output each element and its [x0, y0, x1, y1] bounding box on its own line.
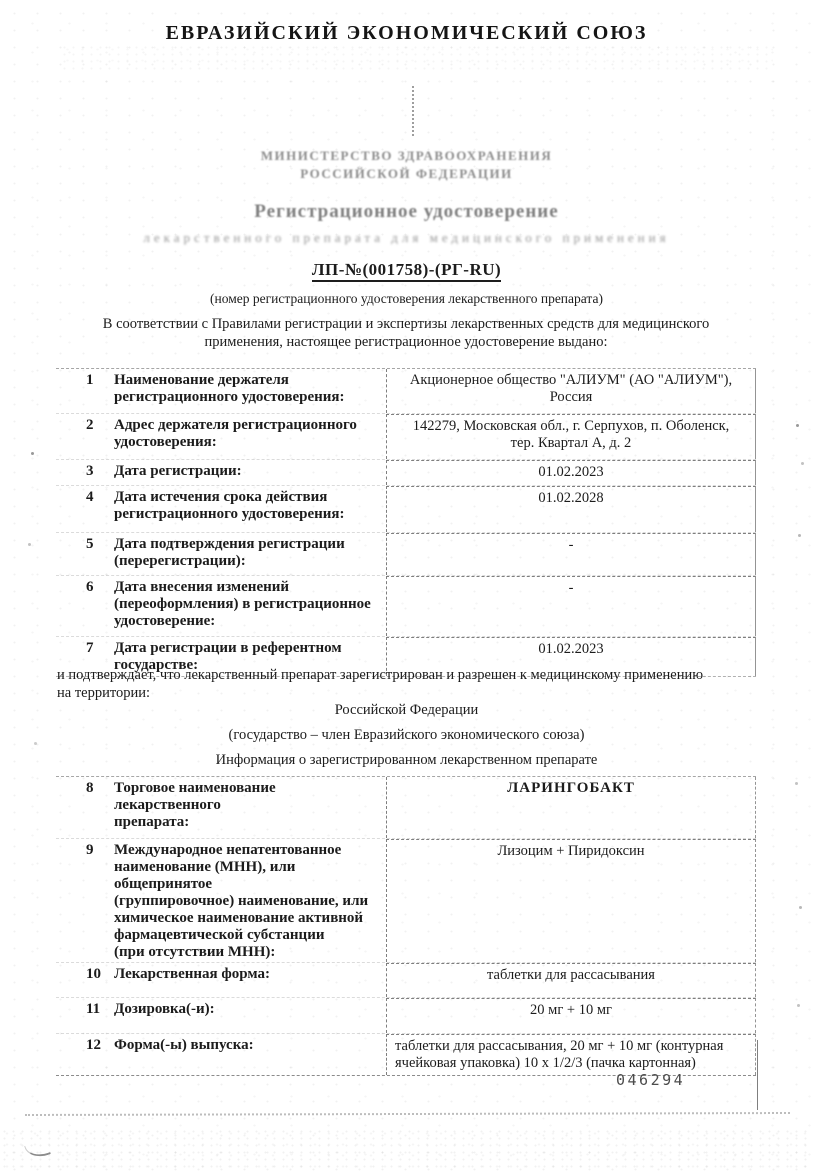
row-value: Акционерное общество "АЛИУМ" (АО "АЛИУМ"… — [386, 369, 756, 413]
row-value: 20 мг + 10 мг — [386, 998, 756, 1033]
scan-artifact-speckle — [798, 534, 801, 537]
row-value: 01.02.2028 — [386, 486, 756, 532]
scan-artifact-speckle — [34, 742, 37, 745]
row-value: таблетки для рассасывания — [386, 963, 756, 997]
document-title: Регистрационное удостоверение — [0, 201, 813, 223]
row-label: Форма(-ы) выпуска: — [114, 1034, 386, 1075]
scan-artifact-speckle — [796, 424, 799, 427]
table-row: 11 Дозировка(-и): 20 мг + 10 мг — [56, 997, 756, 1033]
table-row: 10 Лекарственная форма: таблетки для рас… — [56, 962, 756, 997]
table-row: 2 Адрес держателя регистрационного удост… — [56, 413, 756, 459]
table-row: 12 Форма(-ы) выпуска: таблетки для расса… — [56, 1033, 756, 1075]
territory-caption: (государство – член Евразийского экономи… — [0, 727, 813, 744]
ministry-name: МИНИСТЕРСТВО ЗДРАВООХРАНЕНИЯ РОССИЙСКОЙ … — [0, 147, 813, 183]
scan-artifact-speckle — [797, 1004, 800, 1007]
row-label: Торговое наименование лекарственного пре… — [114, 777, 386, 838]
scan-artifact-table-border — [757, 1040, 758, 1110]
row-number: 10 — [56, 963, 114, 997]
holder-table: 1 Наименование держателя регистрационног… — [56, 368, 756, 677]
table-row: 4 Дата истечения срока действия регистра… — [56, 485, 756, 532]
row-number: 1 — [56, 369, 114, 413]
table-row: 5 Дата подтверждения регистрации (перере… — [56, 532, 756, 575]
row-label: Адрес держателя регистрационного удостов… — [114, 414, 386, 459]
row-label: Дата регистрации: — [114, 460, 386, 485]
row-label: Дата истечения срока действия регистраци… — [114, 486, 386, 532]
scan-artifact-speckle — [28, 543, 31, 546]
registration-number-text: ЛП-№(001758)-(РГ-RU) — [312, 260, 501, 282]
row-label: Дозировка(-и): — [114, 998, 386, 1033]
scan-artifact-speckle — [801, 462, 804, 465]
row-number: 8 — [56, 777, 114, 838]
table-row: 3 Дата регистрации: 01.02.2023 — [56, 459, 756, 485]
row-label: Наименование держателя регистрационного … — [114, 369, 386, 413]
row-label: Международное непатентованное наименован… — [114, 839, 386, 962]
union-header: ЕВРАЗИЙСКИЙ ЭКОНОМИЧЕСКИЙ СОЮЗ — [0, 22, 813, 45]
row-number: 5 — [56, 533, 114, 575]
registration-number-caption: (номер регистрационного удостоверения ле… — [0, 291, 813, 307]
row-number: 2 — [56, 414, 114, 459]
row-number: 3 — [56, 460, 114, 485]
product-table: 8 Торговое наименование лекарственного п… — [56, 776, 756, 1076]
certificate-page: ЕВРАЗИЙСКИЙ ЭКОНОМИЧЕСКИЙ СОЮЗ МИНИСТЕРС… — [0, 0, 813, 1176]
scan-artifact-pen-mark — [24, 1139, 51, 1161]
row-label: Дата внесения изменений (переоформления)… — [114, 576, 386, 636]
row-value: 01.02.2023 — [386, 460, 756, 485]
row-number: 12 — [56, 1034, 114, 1075]
table-row: 8 Торговое наименование лекарственного п… — [56, 777, 756, 838]
scan-artifact-speckle — [31, 452, 34, 455]
row-number: 4 — [56, 486, 114, 532]
scan-noise-band-bottom — [0, 1128, 813, 1170]
table-row: 9 Международное непатентованное наименов… — [56, 838, 756, 962]
scan-artifact-speckle — [799, 906, 802, 909]
row-value: 142279, Московская обл., г. Серпухов, п.… — [386, 414, 756, 459]
row-value: - — [386, 576, 756, 636]
scan-artifact-dotted-line — [412, 86, 414, 136]
stamp-number: 046294 — [616, 1071, 685, 1089]
row-value: таблетки для рассасывания, 20 мг + 10 мг… — [386, 1034, 756, 1075]
row-label: Дата подтверждения регистрации (перереги… — [114, 533, 386, 575]
row-number: 11 — [56, 998, 114, 1033]
table-row: 6 Дата внесения изменений (переоформлени… — [56, 575, 756, 636]
scan-artifact-speckle — [795, 782, 798, 785]
scan-artifact-dotted-rule — [25, 1112, 790, 1116]
row-number: 6 — [56, 576, 114, 636]
document-subtitle: лекарственного препарата для медицинског… — [0, 230, 813, 246]
row-label: Лекарственная форма: — [114, 963, 386, 997]
row-number: 9 — [56, 839, 114, 962]
confirmation-paragraph: и подтверждает, что лекарственный препар… — [57, 667, 753, 702]
intro-paragraph: В соответствии с Правилами регистрации и… — [56, 316, 756, 351]
registration-number: ЛП-№(001758)-(РГ-RU) — [0, 260, 813, 280]
row-value: - — [386, 533, 756, 575]
table-row: 1 Наименование держателя регистрационног… — [56, 369, 756, 413]
territory-name: Российской Федерации — [0, 702, 813, 719]
row-value: ЛАРИНГОБАКТ — [386, 777, 756, 838]
scan-noise-band-top — [60, 44, 773, 70]
info-section-title: Информация о зарегистрированном лекарств… — [0, 752, 813, 769]
row-value: Лизоцим + Пиридоксин — [386, 839, 756, 962]
